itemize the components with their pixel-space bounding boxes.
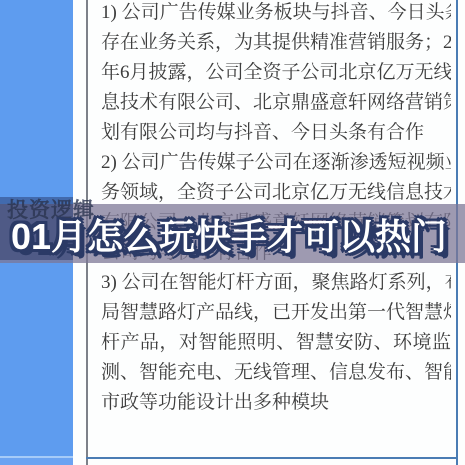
text-line: 息技术有限公司、北京鼎盛意轩网络营销策 [101, 88, 451, 118]
table-border-bottom [86, 457, 458, 459]
text-line: 划有限公司均与抖音、今日头条有合作 [101, 118, 451, 148]
text-line: 存在业务关系，为其提供精准营销服务；20 [101, 28, 451, 58]
text-line: 1) 公司广告传媒业务板块与抖音、今日头条 [101, 0, 451, 28]
text-line: 2) 公司广告传媒子公司在逐渐渗透短视频业 [101, 148, 451, 178]
text-line: 市政等功能设计出多种模块 [101, 388, 451, 418]
text-line: 3) 公司在智能灯杆方面，聚焦路灯系列，布 [101, 268, 451, 298]
text-line: 年6月披露，公司全资子公司北京亿万无线信 [101, 58, 451, 88]
table-left-column-bottom-cell [0, 458, 73, 465]
text-line: 局智慧路灯产品线，已开发出第一代智慧灯 [101, 298, 451, 328]
article-cover: 1) 公司广告传媒业务板块与抖音、今日头条存在业务关系，为其提供精准营销服务；2… [0, 0, 465, 465]
banner-title: 01月怎么玩快手才可以热门 [0, 216, 458, 258]
text-line: 杆产品，对智能照明、智慧安防、环境监 [101, 328, 451, 358]
text-line: 测、智能充电、无线管理、信息发布、智能 [101, 358, 451, 388]
